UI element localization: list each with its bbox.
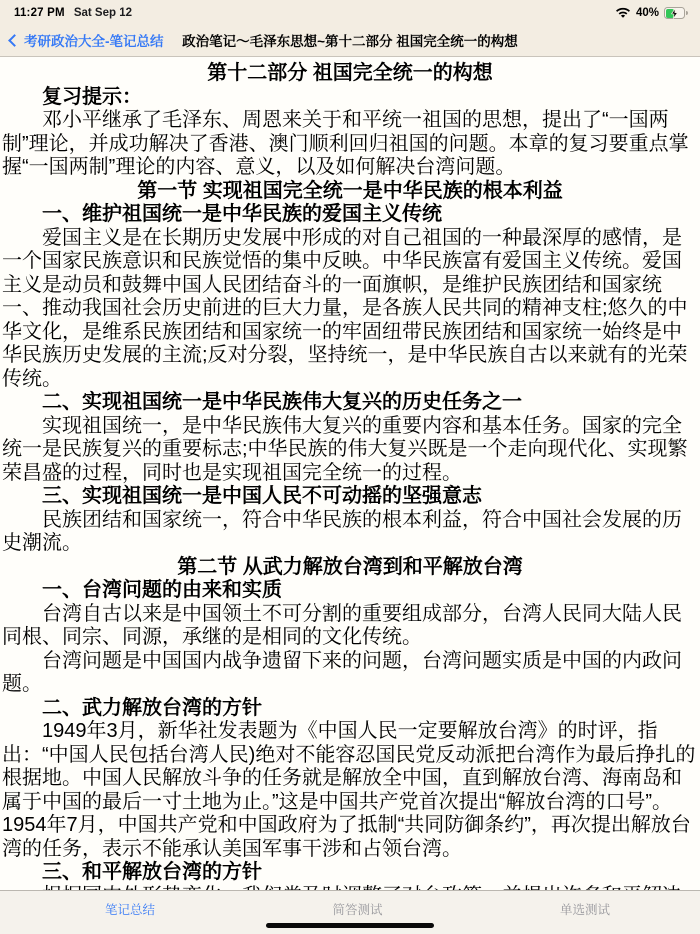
subheading: 三、实现祖国统一是中国人民不可动摇的坚强意志 (2, 485, 698, 509)
date: Sat Sep 12 (74, 7, 132, 19)
tab-multiple-choice-quiz[interactable]: 单选测试 (560, 900, 610, 918)
subheading: 二、实现祖国统一是中华民族伟大复兴的历史任务之一 (2, 391, 698, 415)
nav-bar: 考研政治大全-笔记总结 政治笔记～毛泽东思想~第十二部分 祖国完全统一的构想 (0, 24, 700, 57)
section-1-title: 第一节 实现祖国完全统一是中华民族的根本利益 (2, 180, 698, 204)
clock: 11:27 PM (14, 7, 65, 19)
status-left: 11:27 PM Sat Sep 12 (14, 7, 132, 19)
battery-nub (686, 11, 688, 15)
paragraph: 民族团结和国家统一，符合中华民族的根本利益，符合中国社会发展的历史潮流。 (2, 509, 698, 556)
subheading: 三、和平解放台湾的方针 (2, 861, 698, 885)
back-button[interactable]: 考研政治大全-笔记总结 (8, 24, 164, 56)
app-screen: 11:27 PM Sat Sep 12 40% 考研政治大全-笔记总 (0, 0, 700, 934)
paragraph: 1949年3月，新华社发表题为《中国人民一定要解放台湾》的时评，指出：“中国人民… (2, 720, 698, 861)
paragraph: 邓小平继承了毛泽东、周恩来关于和平统一祖国的思想，提出了“一国两制”理论，并成功… (2, 109, 698, 180)
subheading: 二、武力解放台湾的方针 (2, 697, 698, 721)
home-indicator[interactable] (266, 923, 434, 928)
battery-charging-icon (664, 7, 688, 19)
paragraph: 实现祖国统一，是中华民族伟大复兴的重要内容和基本任务。国家的完全统一是民族复兴的… (2, 415, 698, 486)
paragraph: 爱国主义是在长期历史发展中形成的对自己祖国的一种最深厚的感情，是一个国家民族意识… (2, 227, 698, 392)
status-right: 40% (615, 7, 688, 19)
status-bar: 11:27 PM Sat Sep 12 40% (0, 0, 700, 24)
subheading: 一、台湾问题的由来和实质 (2, 579, 698, 603)
back-button-label: 考研政治大全-笔记总结 (24, 30, 164, 50)
charging-bolt-icon (669, 8, 680, 19)
tab-notes-summary[interactable]: 笔记总结 (105, 900, 155, 918)
review-hint-label: 复习提示： (2, 86, 698, 110)
paragraph: 台湾自古以来是中国领土不可分割的重要组成部分，台湾人民同大陆人民同根、同宗、同源… (2, 603, 698, 650)
tab-bar: 笔记总结 简答测试 单选测试 (0, 890, 700, 934)
chapter-title: 第十二部分 祖国完全统一的构想 (2, 62, 698, 86)
section-2-title: 第二节 从武力解放台湾到和平解放台湾 (2, 556, 698, 580)
chevron-left-icon (8, 34, 21, 47)
notes-scroll-area[interactable]: 第十二部分 祖国完全统一的构想 复习提示： 邓小平继承了毛泽东、周恩来关于和平统… (0, 57, 700, 890)
tab-short-answer-quiz[interactable]: 简答测试 (332, 900, 382, 918)
subheading: 一、维护祖国统一是中华民族的爱国主义传统 (2, 203, 698, 227)
paragraph: 台湾问题是中国国内战争遗留下来的问题，台湾问题实质是中国的内政问题。 (2, 650, 698, 697)
battery-percent: 40% (636, 7, 659, 19)
page-title: 政治笔记～毛泽东思想~第十二部分 祖国完全统一的构想 (182, 30, 518, 50)
wifi-icon (615, 7, 631, 19)
